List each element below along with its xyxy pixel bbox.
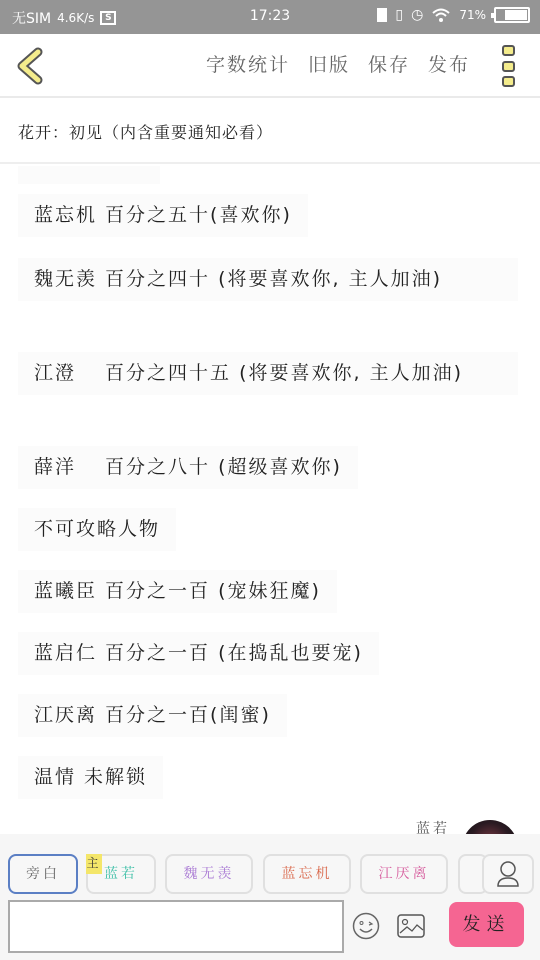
charging-icon bbox=[377, 8, 387, 22]
battery-percent: 71% bbox=[459, 8, 486, 22]
wifi-icon bbox=[431, 7, 451, 23]
chat-list[interactable]: 蓝忘机 百分之五十(喜欢你) 魏无羡 百分之四十 (将要喜欢你, 主人加油) 江… bbox=[0, 166, 540, 834]
chat-bubble[interactable]: 蓝启仁 百分之一百 (在捣乱也要宠) bbox=[18, 632, 379, 675]
role-tab-lanruo[interactable]: 主 蓝若 bbox=[86, 854, 156, 894]
chat-bubble[interactable]: 蓝忘机 百分之五十(喜欢你) bbox=[18, 194, 308, 237]
host-badge: 主 bbox=[86, 854, 102, 874]
role-manage-button[interactable] bbox=[482, 854, 534, 894]
more-vertical-icon[interactable] bbox=[502, 45, 518, 87]
chevron-left-icon bbox=[14, 46, 46, 86]
vibrate-icon: ▯ bbox=[395, 7, 403, 23]
battery-icon bbox=[494, 7, 530, 23]
story-title[interactable]: 花开：初见（内含重要通知必看） bbox=[18, 120, 273, 143]
emoji-icon bbox=[352, 912, 380, 940]
role-tab-weiwuxian[interactable]: 魏无羡 bbox=[165, 854, 253, 894]
status-bar: 无SIM 4.6K/s S 17:23 ▯ ◷ 71% bbox=[0, 0, 540, 34]
top-toolbar: 字数统计 旧版 保存 发布 bbox=[0, 34, 540, 98]
emoji-button[interactable] bbox=[352, 912, 380, 940]
send-button[interactable]: 发送 bbox=[449, 902, 524, 947]
publish-button[interactable]: 发布 bbox=[428, 50, 470, 77]
message-input[interactable] bbox=[8, 900, 344, 953]
back-button[interactable] bbox=[14, 46, 46, 86]
chat-bubble[interactable]: 江厌离 百分之一百(闺蜜) bbox=[18, 694, 287, 737]
save-button[interactable]: 保存 bbox=[368, 50, 410, 77]
story-title-bar: 花开：初见（内含重要通知必看） bbox=[0, 100, 540, 164]
old-version-button[interactable]: 旧版 bbox=[308, 50, 350, 77]
role-tab-lanwangji[interactable]: 蓝忘机 bbox=[263, 854, 351, 894]
chat-bubble[interactable]: 蓝曦臣 百分之一百 (宠妹狂魔) bbox=[18, 570, 337, 613]
composer-panel: 旁白 主 蓝若 魏无羡 蓝忘机 江厌离 bbox=[0, 834, 540, 960]
role-tab-narrator[interactable]: 旁白 bbox=[8, 854, 78, 894]
user-icon bbox=[484, 856, 532, 892]
role-tabs[interactable]: 旁白 主 蓝若 魏无羡 蓝忘机 江厌离 bbox=[8, 854, 538, 894]
image-icon bbox=[397, 913, 425, 939]
chat-bubble[interactable]: 不可攻略人物 bbox=[18, 508, 176, 551]
alarm-icon: ◷ bbox=[411, 7, 423, 23]
chat-bubble[interactable]: 魏无羡 百分之四十 (将要喜欢你, 主人加油) bbox=[18, 258, 518, 301]
word-count-button[interactable]: 字数统计 bbox=[206, 50, 290, 77]
image-button[interactable] bbox=[397, 913, 425, 939]
chat-bubble[interactable]: 江澄 百分之四十五 (将要喜欢你, 主人加油) bbox=[18, 352, 518, 395]
chat-bubble[interactable]: 薛洋 百分之八十 (超级喜欢你) bbox=[18, 446, 358, 489]
role-tab-jiangyanli[interactable]: 江厌离 bbox=[360, 854, 448, 894]
chat-bubble[interactable]: 温情 未解锁 bbox=[18, 756, 163, 799]
chat-bubble[interactable] bbox=[18, 166, 160, 184]
